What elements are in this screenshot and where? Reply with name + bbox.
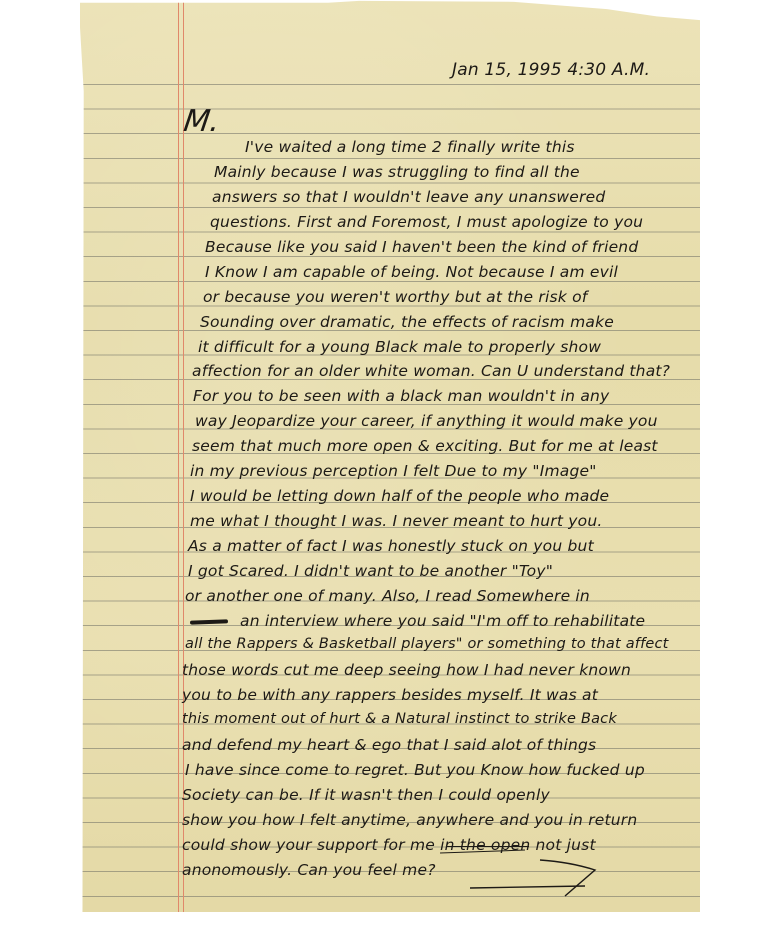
letter-line: Because like you said I haven't been the… <box>205 238 638 256</box>
letter-line: and defend my heart & ego that I said al… <box>182 736 596 754</box>
letter-line: or because you weren't worthy but at the… <box>203 288 587 306</box>
letter-line: it difficult for a young Black male to p… <box>198 338 601 356</box>
arrow-right-icon <box>470 848 620 898</box>
letter-line: you to be with any rappers besides mysel… <box>182 686 598 704</box>
letter-line: I got Scared. I didn't want to be anothe… <box>188 562 553 580</box>
underline-mark <box>447 846 529 847</box>
letter-line: I would be letting down half of the peop… <box>190 487 609 505</box>
letter-line: questions. First and Foremost, I must ap… <box>210 213 643 231</box>
letter-date: Jan 15, 1995 4:30 A.M. <box>452 60 650 80</box>
letter-line: affection for an older white woman. Can … <box>192 362 670 380</box>
letter-line: or another one of many. Also, I read Som… <box>185 587 590 605</box>
letter-line: I've waited a long time 2 finally write … <box>245 138 575 156</box>
letter-line: answers so that I wouldn't leave any una… <box>212 188 605 206</box>
letter-line: I have since come to regret. But you Kno… <box>185 761 645 779</box>
letter-line: way Jeopardize your career, if anything … <box>195 412 658 430</box>
letter-line: Society can be. If it wasn't then I coul… <box>182 786 550 804</box>
letter-line: Mainly because I was struggling to find … <box>214 163 580 181</box>
letter-line: all the Rappers & Basketball players" or… <box>185 636 669 652</box>
letter-line: I Know I am capable of being. Not becaus… <box>205 263 618 281</box>
letter-line: Sounding over dramatic, the effects of r… <box>200 313 614 331</box>
letter-line: in my previous perception I felt Due to … <box>190 462 597 480</box>
letter-line: seem that much more open & exciting. But… <box>192 437 658 455</box>
letter-line: those words cut me deep seeing how I had… <box>182 661 631 679</box>
letter-line: show you how I felt anytime, anywhere an… <box>182 811 637 829</box>
margin-line <box>178 0 179 912</box>
letter-line: this moment out of hurt & a Natural inst… <box>182 711 617 727</box>
letter-salutation: M. <box>182 104 223 139</box>
letter-line: For you to be seen with a black man woul… <box>193 387 609 405</box>
letter-line: As a matter of fact I was honestly stuck… <box>188 537 594 555</box>
letter-line: an interview where you said "I'm off to … <box>240 612 645 630</box>
letter-line: anonomously. Can you feel me? <box>182 861 436 879</box>
letter-line: me what I thought I was. I never meant t… <box>190 512 603 530</box>
